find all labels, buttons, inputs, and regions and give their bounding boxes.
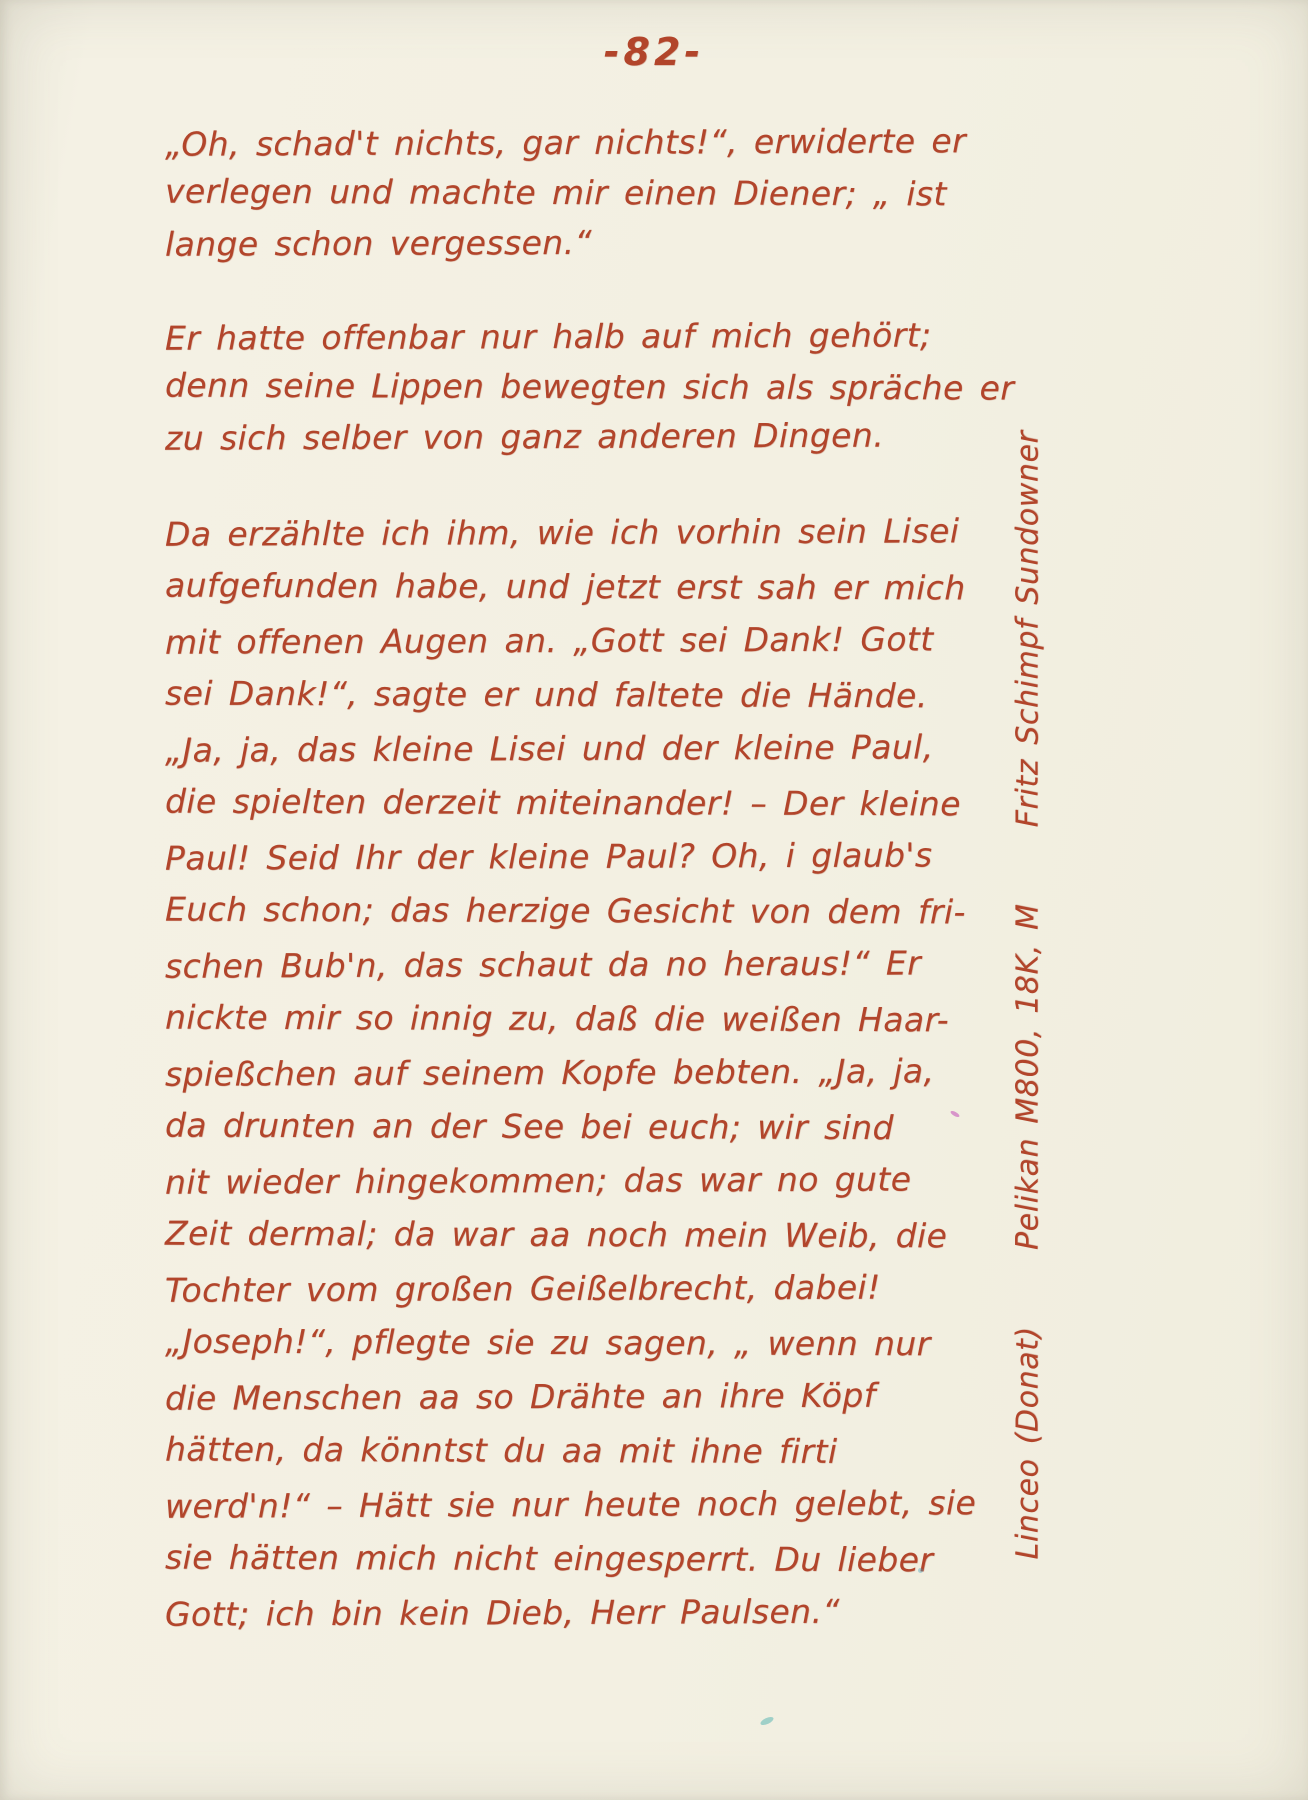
handwritten-line: Tochter vom großen Geißelbrecht, dabei! (165, 1260, 965, 1317)
handwritten-line: Gott; ich bin kein Dieb, Herr Paulsen.“ (165, 1584, 965, 1641)
handwritten-line: sei Dank!“, sagte er und faltete die Hän… (165, 667, 965, 724)
handwriting-text-block: „Oh, schad't nichts, gar nichts!“, erwid… (165, 118, 965, 1684)
handwritten-line: Er hatte offenbar nur halb auf mich gehö… (165, 310, 965, 363)
margin-note-paper: Linceo (Donat) (1011, 1326, 1046, 1559)
handwritten-line: werd'n!“ – Hätt sie nur heute noch geleb… (165, 1476, 965, 1533)
scan-artifact (918, 1568, 923, 1573)
handwritten-line: die spielten derzeit miteinander! – Der … (165, 775, 965, 832)
handwritten-line: verlegen und machte mir einen Diener; „ … (165, 167, 965, 220)
paragraph-3: Da erzählte ich ihm, wie ich vorhin sein… (165, 506, 965, 1640)
page-number: -82- (0, 30, 1308, 74)
paragraph-1: „Oh, schad't nichts, gar nichts!“, erwid… (165, 118, 965, 268)
scanned-handwritten-page: -82- „Oh, schad't nichts, gar nichts!“, … (0, 0, 1308, 1800)
handwritten-line: sie hätten mich nicht eingesperrt. Du li… (165, 1531, 965, 1588)
margin-note-pen: Pelikan M800, 18K, M (1011, 903, 1046, 1250)
margin-note-writing-tools: Linceo (Donat) Pelikan M800, 18K, M Frit… (1011, 431, 1046, 1560)
handwritten-line: hätten, da könntst du aa mit ihne firti (165, 1423, 965, 1480)
handwritten-line: lange schon vergessen.“ (165, 216, 965, 269)
handwritten-line: nit wieder hingekommen; das war no gute (165, 1152, 965, 1209)
handwritten-line: Euch schon; das herzige Gesicht von dem … (165, 883, 965, 940)
handwritten-line: zu sich selber von ganz anderen Dingen. (165, 410, 965, 463)
handwritten-line: „Oh, schad't nichts, gar nichts!“, erwid… (165, 116, 965, 169)
scan-artifact (759, 1715, 774, 1726)
handwritten-line: Paul! Seid Ihr der kleine Paul? Oh, i gl… (165, 828, 965, 885)
handwritten-line: „Joseph!“, pflegte sie zu sagen, „ wenn … (165, 1315, 965, 1372)
handwritten-line: die Menschen aa so Drähte an ihre Köpf (165, 1368, 965, 1425)
handwritten-line: Da erzählte ich ihm, wie ich vorhin sein… (165, 504, 965, 561)
margin-note-ink: Fritz Schimpf Sundowner (1011, 431, 1046, 828)
handwritten-line: mit offenen Augen an. „Gott sei Dank! Go… (165, 612, 965, 669)
paragraph-2: Er hatte offenbar nur halb auf mich gehö… (165, 312, 965, 462)
handwritten-line: aufgefunden habe, und jetzt erst sah er … (165, 559, 965, 616)
handwritten-line: schen Bub'n, das schaut da no heraus!“ E… (165, 936, 965, 993)
handwritten-line: da drunten an der See bei euch; wir sind (165, 1099, 965, 1156)
handwritten-line: spießchen auf seinem Kopfe bebten. „Ja, … (165, 1044, 965, 1101)
handwritten-line: „Ja, ja, das kleine Lisei und der kleine… (165, 720, 965, 777)
handwritten-line: denn seine Lippen bewegten sich als sprä… (165, 361, 965, 414)
handwritten-line: Zeit dermal; da war aa noch mein Weib, d… (165, 1207, 965, 1264)
handwritten-line: nickte mir so innig zu, daß die weißen H… (165, 991, 965, 1048)
